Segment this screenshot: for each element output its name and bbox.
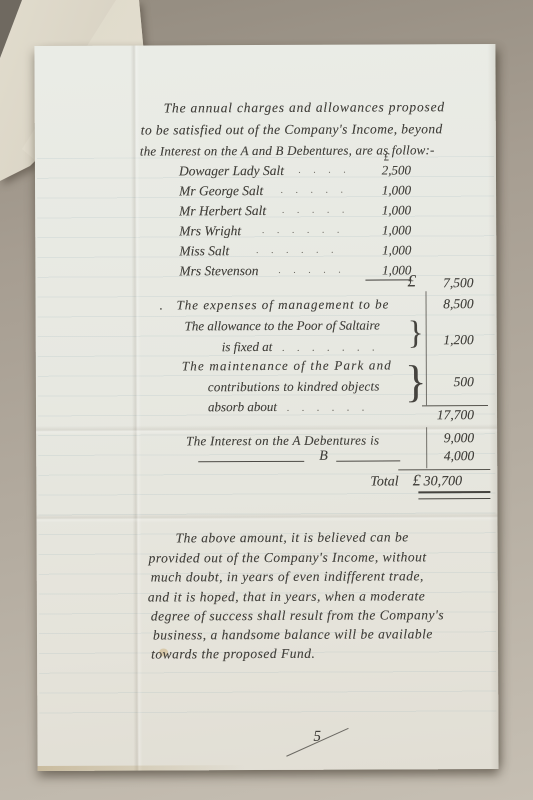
dot-leader: . . . . . <box>266 205 365 216</box>
allowance-row: Mr George Salt . . . . . 1,000 <box>179 182 411 203</box>
closing-line: The above amount, it is believed can be <box>176 529 409 546</box>
beneficiary-name: Miss Salt <box>179 243 229 259</box>
allowance-row: Mrs Wright . . . . . . 1,000 <box>179 222 411 243</box>
closing-line: much doubt, in years of even indifferent… <box>151 568 424 585</box>
intro-line: to be satisfied out of the Company's Inc… <box>141 121 443 138</box>
poor-allowance-amount: 1,200 <box>428 332 474 348</box>
poor-allowance-line: is fixed at. . . . . . . <box>222 339 380 356</box>
maintenance-line: The maintenance of the Park and <box>182 357 392 374</box>
allowance-amount: 1,000 <box>365 182 411 198</box>
closing-line: degree of success shall result from the … <box>151 607 444 624</box>
beneficiary-name: Dowager Lady Salt <box>179 163 284 179</box>
page-edge-discoloration <box>38 765 245 771</box>
closing-line: and it is hoped, that in years, when a m… <box>148 588 425 605</box>
charges-subtotal: 17,700 <box>426 407 474 423</box>
grouping-brace: } <box>408 315 424 352</box>
poor-allowance-line: The allowance to the Poor of Saltaire <box>185 318 380 335</box>
closing-line: provided out of the Company's Income, wi… <box>149 549 427 566</box>
allowance-row: Dowager Lady Salt . . . . 2,500 <box>179 162 411 183</box>
page-number: 5 <box>313 729 321 746</box>
allowance-amount: 1,000 <box>365 202 411 218</box>
expenses-amount: 8,500 <box>428 296 474 312</box>
total-label: Total <box>370 474 398 489</box>
dot-leader: . . . . . . <box>241 225 365 237</box>
grouping-brace: } <box>405 355 427 407</box>
interest-a-label: The Interest on the A Debentures is <box>186 433 379 450</box>
allowance-amount: 2,500 <box>365 162 411 178</box>
closing-line: business, a handsome balance will be ava… <box>153 626 433 643</box>
pound-sign: £ <box>413 472 421 489</box>
allowance-row: Mrs Stevenson . . . . . 1,000 <box>179 262 411 283</box>
beneficiary-name: Mr Herbert Salt <box>179 203 266 219</box>
beneficiary-name: Mrs Stevenson <box>179 263 258 279</box>
beneficiary-name: Mr George Salt <box>179 183 263 199</box>
expenses-label: . The expenses of management to be <box>160 296 390 313</box>
beneficiary-name: Mrs Wright <box>179 223 241 239</box>
photo-backdrop: The annual charges and allowances propos… <box>0 0 533 800</box>
interest-b-amount: 4,000 <box>428 448 474 464</box>
dot-leader: . . . . <box>284 165 365 176</box>
allowance-amount: 1,000 <box>365 242 411 258</box>
maintenance-line: contributions to kindred objects <box>208 379 380 396</box>
dot-leader: . . . . . . . <box>282 343 380 354</box>
subtotal-amount: 7,500 <box>427 275 473 291</box>
interest-a-amount: 9,000 <box>428 430 474 446</box>
maintenance-amount: 500 <box>428 374 474 390</box>
column-rule <box>426 427 427 468</box>
document-page: The annual charges and allowances propos… <box>34 44 498 771</box>
intro-line: the Interest on the A and B Debentures, … <box>140 142 435 159</box>
intro-line: The annual charges and allowances propos… <box>164 99 445 116</box>
dot-leader: . . . . . . <box>287 403 370 414</box>
dot-leader: . . . . . <box>263 185 365 196</box>
dot-leader: . . . . . <box>258 265 365 276</box>
double-underline <box>418 491 490 499</box>
allowance-amount: 1,000 <box>365 262 411 280</box>
allowance-row: Miss Salt . . . . . . 1,000 <box>179 242 411 263</box>
total-amount: 30,700 <box>424 474 463 489</box>
interest-b-label: B <box>319 449 328 465</box>
grand-total: Total£30,700 <box>370 472 462 490</box>
dot-leader: . . . . . . <box>229 245 365 257</box>
pound-sign: £ <box>407 271 416 291</box>
closing-line: towards the proposed Fund. <box>151 646 315 663</box>
allowance-amount: 1,000 <box>365 222 411 238</box>
allowance-row: Mr Herbert Salt . . . . . 1,000 <box>179 202 411 223</box>
maintenance-line: absorb about. . . . . . <box>208 399 370 416</box>
